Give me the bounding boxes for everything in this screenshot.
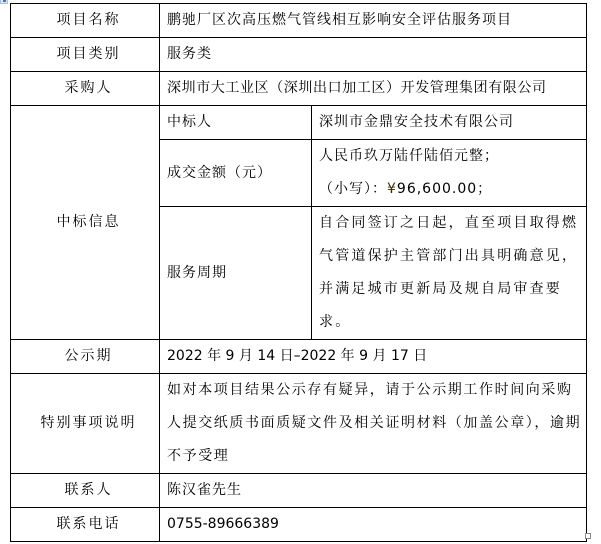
row-project-category: 项目类别 服务类	[11, 38, 587, 72]
amount-lower: （小写）：¥96,600.00；	[319, 173, 586, 206]
special-notes-label: 特别事项说明	[11, 374, 160, 474]
row-winner: 中标信息 中标人 深圳市金鼎安全技术有限公司	[11, 106, 587, 140]
project-category-value: 服务类	[160, 38, 587, 72]
row-project-name: 项目名称 鹏驰厂区次高压燃气管线相互影响安全评估服务项目	[11, 4, 587, 38]
service-period-label: 服务周期	[160, 207, 312, 340]
amount-lower-prefix: （小写）：	[319, 181, 387, 197]
contact-phone-label: 联系电话	[11, 508, 160, 542]
award-info-label: 中标信息	[11, 106, 160, 340]
row-contact-phone: 联系电话 0755-89666389	[11, 508, 587, 542]
contact-person-label: 联系人	[11, 474, 160, 508]
winner-value: 深圳市金鼎安全技术有限公司	[312, 106, 587, 140]
row-special-notes: 特别事项说明 如对本项目结果公示存有疑异，请于公示期工作时间向采购人提交纸质书面…	[11, 374, 587, 474]
row-purchaser: 采购人 深圳市大工业区（深圳出口加工区）开发管理集团有限公司	[11, 72, 587, 106]
amount-upper: 人民币玖万陆仟陆佰元整；	[319, 140, 586, 173]
winner-label: 中标人	[160, 106, 312, 140]
purchaser-value: 深圳市大工业区（深圳出口加工区）开发管理集团有限公司	[160, 72, 587, 106]
project-category-label: 项目类别	[11, 38, 160, 72]
special-notes-value: 如对本项目结果公示存有疑异，请于公示期工作时间向采购人提交纸质书面质疑文件及相关…	[160, 374, 587, 474]
project-name-value: 鹏驰厂区次高压燃气管线相互影响安全评估服务项目	[160, 4, 587, 38]
yen-symbol-icon: ¥	[387, 181, 397, 197]
publicity-period-label: 公示期	[11, 340, 160, 374]
amount-label: 成交金额（元）	[160, 140, 312, 207]
contact-person-value: 陈汉雀先生	[160, 474, 587, 508]
publicity-period-value: 2022 年 9 月 14 日–2022 年 9 月 17 日	[160, 340, 587, 374]
contact-phone-value: 0755-89666389	[160, 508, 587, 542]
service-period-value: 自合同签订之日起，直至项目取得燃气管道保护主管部门出具明确意见，并满足城市更新局…	[312, 207, 587, 340]
project-name-label: 项目名称	[11, 4, 160, 38]
amount-value: 人民币玖万陆仟陆佰元整； （小写）：¥96,600.00；	[312, 140, 587, 207]
table-resize-handle[interactable]	[585, 533, 591, 539]
table-move-handle[interactable]	[0, 0, 8, 4]
row-publicity-period: 公示期 2022 年 9 月 14 日–2022 年 9 月 17 日	[11, 340, 587, 374]
row-contact-person: 联系人 陈汉雀先生	[11, 474, 587, 508]
amount-lower-number: 96,600.00；	[397, 181, 492, 197]
purchaser-label: 采购人	[11, 72, 160, 106]
award-announcement-table: 项目名称 鹏驰厂区次高压燃气管线相互影响安全评估服务项目 项目类别 服务类 采购…	[10, 3, 587, 542]
